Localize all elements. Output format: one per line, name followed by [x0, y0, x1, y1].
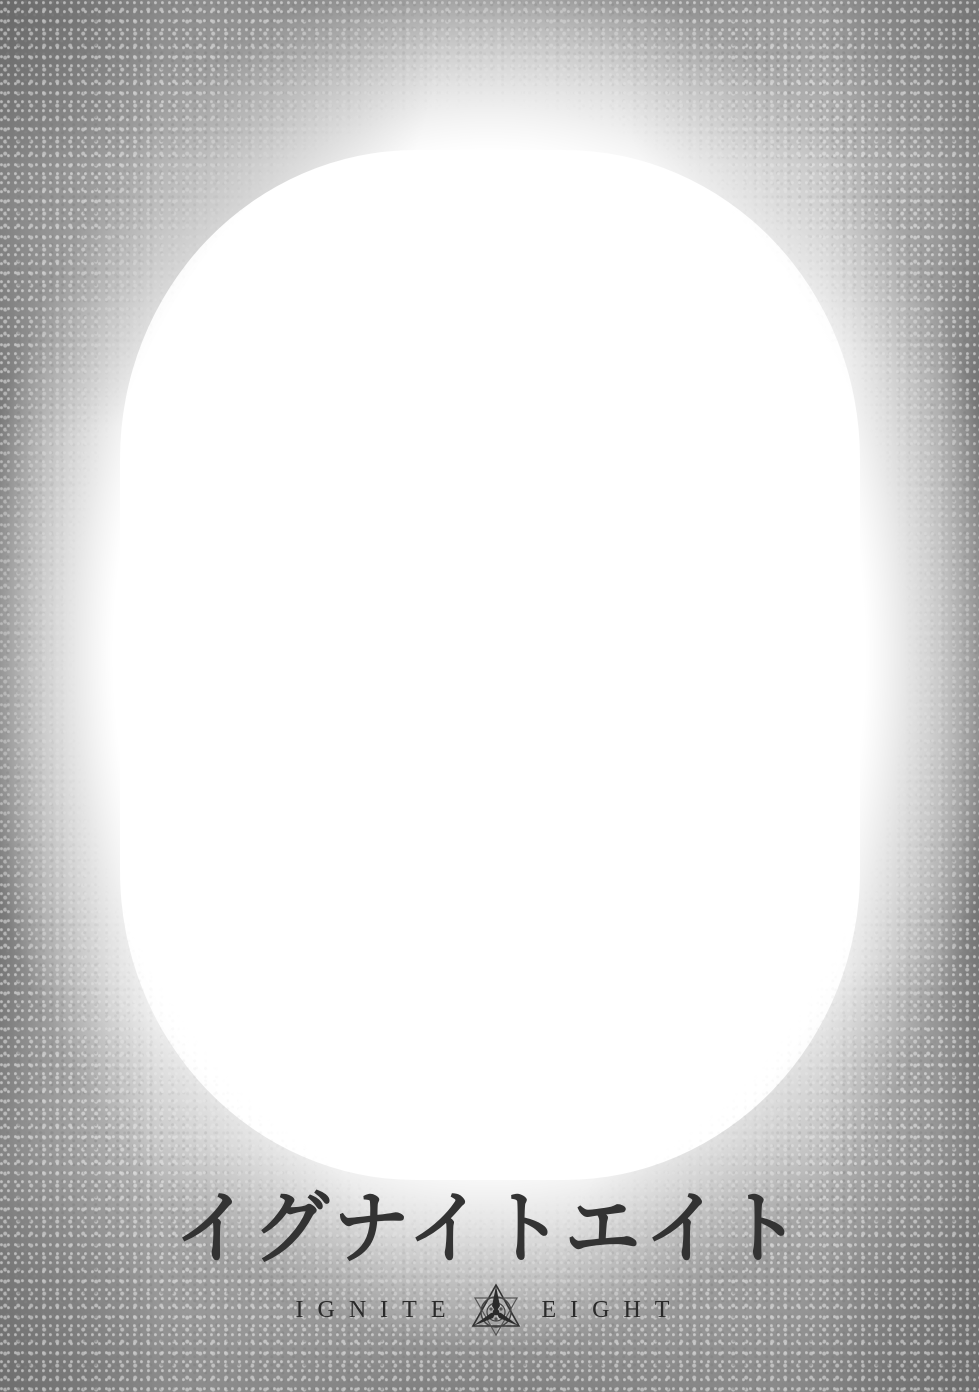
- page: イグナイトエイト IGNITE EIGHT: [0, 0, 979, 1392]
- logo-subtitle-eight: EIGHT: [541, 1295, 683, 1325]
- blank-page-area: [120, 150, 860, 1180]
- logo-subtitle-ignite: IGNITE: [296, 1295, 460, 1325]
- logo-title-japanese: イグナイトエイト: [0, 1178, 979, 1279]
- logo-subtitle-row: IGNITE EIGHT: [0, 1282, 979, 1338]
- triskelion-emblem-icon: [469, 1282, 523, 1338]
- series-logo: イグナイトエイト IGNITE EIGHT: [0, 1180, 979, 1338]
